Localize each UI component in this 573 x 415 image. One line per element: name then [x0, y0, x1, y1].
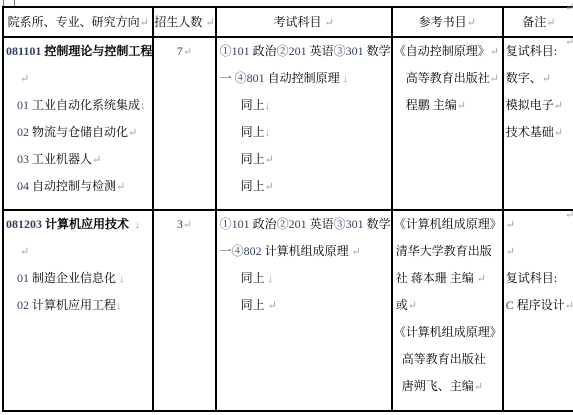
text-segment: 政治 [253, 44, 277, 58]
text-line: 同上↵ [241, 173, 391, 200]
formatting-mark: ↵ [265, 181, 274, 193]
formatting-mark: ↵ [183, 46, 192, 58]
text-line: 02 计算机应用工程↓ [17, 292, 152, 319]
text-segment: ④802 [232, 244, 265, 258]
header-exam-subjects[interactable]: 考试科目 ↵ [216, 7, 392, 37]
cell-program-081101-directions[interactable]: 081101 控制理论与控制工程↵01 工业自动化系统集成↓02 物流与仓储自动… [3, 37, 153, 210]
text-line: 社 蒋本珊 主编 ↵ [396, 265, 502, 292]
text-line: 《计算机组成原理》 [394, 319, 502, 346]
text-line: 备注↵ [504, 8, 573, 36]
row-end-paragraph-mark: ↵ [565, 210, 573, 221]
text-line: 高等教育出版社 [402, 346, 502, 373]
text-line: 技术基础↵ [506, 119, 573, 146]
text-segment: 程序设计 [517, 298, 565, 312]
cell-program-081203-directions[interactable]: 081203 计算机应用技术 ↓↵01 制造企业信息化 ↓02 计算机应用工程↓ [3, 210, 153, 411]
formatting-mark: ↵ [542, 73, 551, 85]
formatting-mark: ↵ [506, 219, 515, 231]
text-segment: 数学 [367, 44, 391, 58]
text-line: 高等教育出版社↵ [406, 65, 502, 92]
text-segment: 参考书目 [419, 15, 467, 29]
text-line: ①101 政治②201 英语③301 数学 [220, 38, 391, 65]
formatting-mark: ↵ [408, 300, 417, 312]
formatting-mark: ↓ [129, 219, 140, 231]
text-segment: C [506, 298, 517, 312]
formatting-mark: ↵ [506, 246, 515, 258]
text-line: 同上 ↵ [241, 292, 391, 319]
text-line: 程鹏 主编↵ [406, 92, 502, 119]
text-line: 同上↵ [241, 146, 391, 173]
text-segment: 高等教育出版社 [402, 352, 486, 366]
text-line: 数字、↵ [506, 65, 573, 92]
text-line: 03 工业机器人↵ [17, 146, 152, 173]
text-segment: 01 [17, 98, 32, 112]
formatting-mark: ↵ [565, 300, 573, 312]
formatting-mark: ↵ [20, 73, 29, 85]
text-segment: ②201 [277, 44, 310, 58]
text-line: 清华大学教育出版 [396, 238, 502, 265]
text-line: 复试科目: [506, 38, 573, 65]
formatting-mark: ↵ [546, 17, 555, 29]
text-segment: 院系所、专业、研究方向 [8, 15, 140, 29]
text-line: 081203 计算机应用技术 ↓ [6, 211, 152, 238]
text-line: 02 物流与仓储自动化↵ [17, 119, 152, 146]
text-line: ↵ [20, 238, 152, 265]
text-segment: 工业自动化系统集成 [32, 98, 140, 112]
cell-remarks-081101[interactable]: 复试科目:数字、↵模拟电子↵技术基础↵ [503, 37, 573, 210]
text-segment: 一 [220, 71, 235, 85]
text-segment: 同上 [241, 98, 265, 112]
formatting-mark: ↓ [140, 100, 146, 112]
text-line: 01 制造企业信息化 ↓ [17, 265, 152, 292]
text-line: ↵ [506, 238, 573, 265]
text-line: 唐朔飞、主编↵ [402, 373, 502, 400]
text-line: 3↵ [154, 211, 214, 238]
text-segment: 备注 [522, 15, 546, 29]
text-segment: 同上 [241, 271, 268, 285]
text-line: 考试科目 ↵ [217, 8, 391, 36]
text-line: 复试科目: [506, 265, 573, 292]
formatting-mark: ↵ [205, 17, 214, 29]
formatting-mark: ↵ [140, 17, 149, 29]
row-end-paragraph-mark: ↵ [565, 37, 573, 48]
text-segment: 自动控制原理 [268, 71, 343, 85]
formatting-mark: ↵ [92, 154, 101, 166]
text-segment: ①101 [220, 217, 253, 231]
formatting-mark: ↵ [477, 273, 486, 285]
header-department-major[interactable]: 院系所、专业、研究方向↵ [3, 7, 153, 37]
cell-exam-subjects-081101[interactable]: ①101 政治②201 英语③301 数学一 ④801 自动控制原理 ↓同上↓同… [216, 37, 392, 210]
admissions-table: 院系所、专业、研究方向↵ 招生人数 ↵ 考试科目 ↵ 参考书目↵ 备注↵ 081… [2, 6, 573, 412]
text-segment: 制造企业信息化 [32, 271, 119, 285]
text-line: 招生人数 ↵ [154, 8, 214, 36]
formatting-mark: ↵ [490, 73, 499, 85]
text-segment: 唐朔飞、主编 [402, 379, 474, 393]
text-segment: 复试科目: [506, 44, 557, 58]
text-segment: 计算机应用技术 [45, 217, 129, 231]
text-segment: 物流与仓储自动化 [32, 125, 128, 139]
header-row: 院系所、专业、研究方向↵ 招生人数 ↵ 考试科目 ↵ 参考书目↵ 备注↵ [3, 7, 573, 37]
text-segment: 一 [220, 244, 232, 258]
text-segment: 招生人数 [154, 15, 205, 29]
text-segment: 英语 [310, 44, 334, 58]
text-segment: 复试科目: [506, 271, 557, 285]
text-segment: ②201 [277, 217, 310, 231]
text-segment: 数学 [367, 217, 391, 231]
formatting-mark: ↵ [128, 127, 137, 139]
formatting-mark: ↵ [490, 46, 499, 58]
text-segment: 02 [17, 125, 32, 139]
formatting-mark: ↓ [116, 300, 122, 312]
text-segment: ③301 [334, 44, 367, 58]
text-line: 01 工业自动化系统集成↓ [17, 92, 152, 119]
text-segment: 同上 [241, 152, 265, 166]
text-segment: 03 [17, 152, 32, 166]
text-line: 同上 ↓ [241, 265, 391, 292]
text-segment: 计算机组成原理 [265, 244, 352, 258]
text-line: 《计算机组成原理》 [394, 211, 502, 238]
text-segment: 数字、 [506, 71, 542, 85]
cell-reference-books-081101[interactable]: 《自动控制原理》↵高等教育出版社↵程鹏 主编↵ [392, 37, 503, 210]
text-line: 或↵ [396, 292, 502, 319]
text-line: 同上↓ [241, 119, 391, 146]
text-segment: 《计算机组成原理》 [394, 325, 502, 339]
cell-exam-subjects-081203[interactable]: ①101 政治②201 英语③301 数学一④802 计算机组成原理 ↵同上 ↓… [216, 210, 392, 411]
text-segment: ④801 [235, 71, 268, 85]
cell-remarks-081203[interactable]: ↵↵复试科目:C 程序设计↵ [503, 210, 573, 411]
text-line: 参考书目↵ [393, 8, 502, 36]
formatting-mark: ↓ [268, 273, 274, 285]
text-segment: 清华大学教育出版 [396, 244, 492, 258]
formatting-mark: ↓ [265, 127, 271, 139]
formatting-mark: ↓ [265, 100, 271, 112]
formatting-mark: ↵ [268, 300, 277, 312]
text-line: 081101 控制理论与控制工程 [6, 38, 152, 65]
text-line: 同上↓ [241, 92, 391, 119]
program-row-081203: 081203 计算机应用技术 ↓↵01 制造企业信息化 ↓02 计算机应用工程↓… [3, 210, 573, 411]
text-segment: 考试科目 [274, 15, 325, 29]
text-line: 模拟电子↵ [506, 92, 573, 119]
text-segment: 高等教育出版社 [406, 71, 490, 85]
program-row-081101: 081101 控制理论与控制工程↵01 工业自动化系统集成↓02 物流与仓储自动… [3, 37, 573, 210]
header-remarks[interactable]: 备注↵ [503, 7, 573, 37]
text-line: ↵ [506, 211, 573, 238]
formatting-mark: ↵ [554, 127, 563, 139]
text-segment: 模拟电子 [506, 98, 554, 112]
text-line: 04 自动控制与检测↵ [17, 173, 152, 200]
formatting-mark: ↵ [20, 246, 29, 258]
formatting-mark: ↓ [343, 73, 349, 85]
text-line: 一④802 计算机组成原理 ↵ [220, 238, 391, 265]
cell-enrollment-081203[interactable]: 3↵ [153, 210, 215, 411]
text-segment: 081101 [6, 44, 44, 58]
text-line: 院系所、专业、研究方向↵ [4, 8, 152, 36]
text-segment: 计算机应用工程 [32, 298, 116, 312]
text-segment: 同上 [241, 179, 265, 193]
text-segment: 02 [17, 298, 32, 312]
text-segment: 程鹏 主编 [406, 98, 457, 112]
formatting-mark: ↵ [265, 154, 274, 166]
text-segment: 社 蒋本珊 主编 [396, 271, 477, 285]
text-segment: ①101 [220, 44, 253, 58]
formatting-mark: ↵ [183, 219, 192, 231]
text-segment: 同上 [241, 125, 265, 139]
text-line: ↵ [20, 65, 152, 92]
text-line: 7↵ [154, 38, 214, 65]
text-line: C 程序设计↵ [506, 292, 573, 319]
text-segment: 控制理论与控制工程 [44, 44, 152, 58]
text-segment: 工业机器人 [32, 152, 92, 166]
formatting-mark: ↵ [467, 17, 476, 29]
formatting-mark: ↵ [325, 17, 334, 29]
formatting-mark: ↓ [119, 273, 125, 285]
text-segment: 081203 [6, 217, 45, 231]
row-end-paragraph-mark: ↵ [565, 3, 573, 14]
text-segment: 英语 [310, 217, 334, 231]
formatting-mark: ↵ [457, 100, 466, 112]
text-segment: 《自动控制原理》 [394, 44, 490, 58]
text-segment: 04 [17, 179, 32, 193]
text-segment: 同上 [241, 298, 268, 312]
text-segment: 《计算机组成原理》 [394, 217, 502, 231]
text-line: 一 ④801 自动控制原理 ↓ [220, 65, 391, 92]
text-segment: 政治 [253, 217, 277, 231]
text-segment: 技术基础 [506, 125, 554, 139]
formatting-mark: ↵ [116, 181, 125, 193]
formatting-mark: ↵ [352, 246, 361, 258]
formatting-mark: ↵ [474, 381, 483, 393]
text-line: ①101 政治②201 英语③301 数学 [220, 211, 391, 238]
header-enrollment-count[interactable]: 招生人数 ↵ [153, 7, 215, 37]
formatting-mark: ↵ [554, 100, 563, 112]
text-segment: 01 [17, 271, 32, 285]
text-segment: ③301 [334, 217, 367, 231]
text-segment: 或 [396, 298, 408, 312]
text-segment: 自动控制与检测 [32, 179, 116, 193]
text-line: 《自动控制原理》↵ [394, 38, 502, 65]
cell-reference-books-081203[interactable]: 《计算机组成原理》清华大学教育出版社 蒋本珊 主编 ↵或↵《计算机组成原理》高等… [392, 210, 503, 411]
header-reference-books[interactable]: 参考书目↵ [392, 7, 503, 37]
cell-enrollment-081101[interactable]: 7↵ [153, 37, 215, 210]
